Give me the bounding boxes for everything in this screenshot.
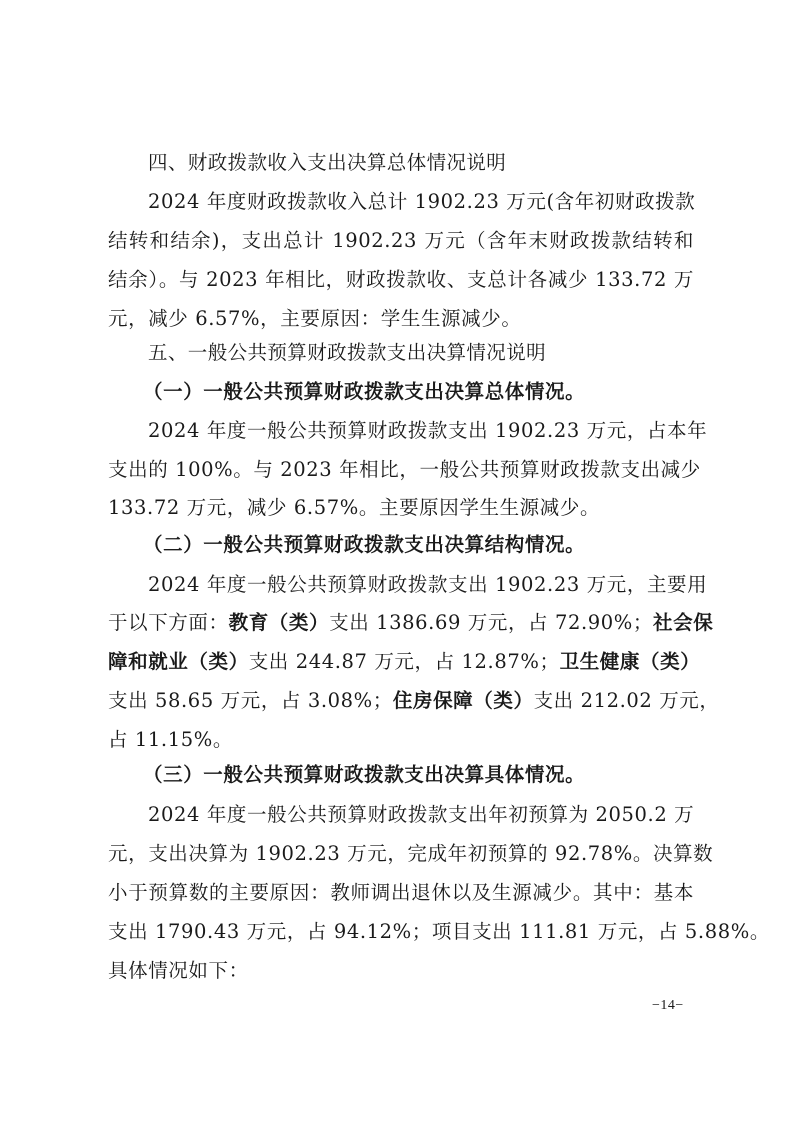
page-number: −14− xyxy=(652,998,684,1014)
paragraph-line: 占 11.15%。 xyxy=(108,728,694,752)
text: 支出 212.02 万元， xyxy=(534,689,720,712)
subsection-heading-2: （二）一般公共预算财政拨款支出决算结构情况。 xyxy=(143,533,729,557)
paragraph-line: 结余）。与 2023 年相比，财政拨款收、支总计各减少 133.72 万 xyxy=(108,268,694,292)
paragraph-line: 元，支出决算为 1902.23 万元，完成年初预算的 92.78%。决算数 xyxy=(108,842,694,866)
subsection-heading-1: （一）一般公共预算财政拨款支出决算总体情况。 xyxy=(143,380,729,404)
text: 支出 1386.69 万元，占 72.90%； xyxy=(329,611,653,634)
paragraph-line: 2024 年度一般公共预算财政拨款支出 1902.23 万元，主要用 xyxy=(148,573,694,597)
paragraph-line: 具体情况如下： xyxy=(108,959,694,983)
paragraph-line: 支出的 100%。与 2023 年相比，一般公共预算财政拨款支出减少 xyxy=(108,458,694,482)
document-page: 四、财政拨款收入支出决算总体情况说明 2024 年度财政拨款收入总计 1902.… xyxy=(0,0,793,1122)
category-education: 教育（类） xyxy=(229,611,330,634)
paragraph-line: 支出 1790.43 万元，占 94.12%；项目支出 111.81 万元，占 … xyxy=(108,920,694,944)
category-health: 卫生健康（类） xyxy=(560,650,701,673)
paragraph-line: 支出 58.65 万元，占 3.08%；住房保障（类）支出 212.02 万元， xyxy=(108,689,694,713)
paragraph-line: 障和就业（类）支出 244.87 万元，占 12.87%；卫生健康（类） xyxy=(108,650,694,674)
paragraph-line: 2024 年度一般公共预算财政拨款支出年初预算为 2050.2 万 xyxy=(148,803,694,827)
text: 于以下方面： xyxy=(108,611,229,634)
category-social-security: 障和就业（类） xyxy=(108,650,249,673)
subsection-heading-3: （三）一般公共预算财政拨款支出决算具体情况。 xyxy=(143,763,729,787)
category-housing: 住房保障（类） xyxy=(393,689,534,712)
section-heading-4: 四、财政拨款收入支出决算总体情况说明 xyxy=(148,151,694,175)
section-heading-5: 五、一般公共预算财政拨款支出决算情况说明 xyxy=(148,341,694,365)
category-social-security: 社会保 xyxy=(653,611,713,634)
paragraph-line: 小于预算数的主要原因：教师调出退休以及生源减少。其中：基本 xyxy=(108,881,694,905)
text: 支出 244.87 万元，占 12.87%； xyxy=(249,650,560,673)
paragraph-line: 于以下方面：教育（类）支出 1386.69 万元，占 72.90%；社会保 xyxy=(108,611,694,635)
paragraph-line: 133.72 万元，减少 6.57%。主要原因学生生源减少。 xyxy=(108,496,694,520)
paragraph-line: 2024 年度财政拨款收入总计 1902.23 万元(含年初财政拨款 xyxy=(148,190,694,214)
paragraph-line: 2024 年度一般公共预算财政拨款支出 1902.23 万元，占本年 xyxy=(148,419,694,443)
paragraph-line: 结转和结余)，支出总计 1902.23 万元（含年末财政拨款结转和 xyxy=(108,229,694,253)
text: 支出 58.65 万元，占 3.08%； xyxy=(108,689,393,712)
paragraph-line: 元，减少 6.57%，主要原因：学生生源减少。 xyxy=(108,307,694,331)
